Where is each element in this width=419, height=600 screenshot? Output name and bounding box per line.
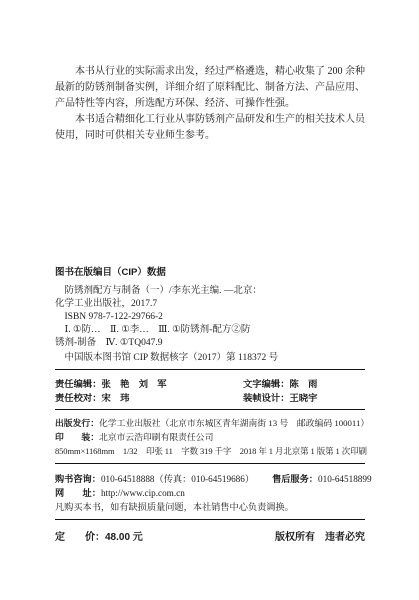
credit-label: 责任编辑： [55,379,102,389]
divider-rule [55,369,365,370]
credits-block: 责任编辑：张 艳 刘 军 文字编辑：陈 雨 责任校对：宋 玮 装帧设计：王晓宇 [55,377,365,405]
website-url: http://www.cip.com.cn [101,488,185,498]
exchange-notice: 凡购买本书，如有缺损质量问题，本社销售中心负责调换。 [55,500,365,514]
cip-catalog-block: 防锈剂配方与制备（一）/李东光主编. —北京： 化学工业出版社，2017.7 I… [55,285,365,350]
website-line: 网 址：http://www.cip.com.cn [55,486,365,500]
copyright-page: 本书从行业的实际需求出发，经过严格遴选，精心收集了 200 余种最新的防锈剂制备… [0,0,419,600]
isbn-line: ISBN 978-7-122-29766-2 [55,311,365,324]
credits-row: 责任校对：宋 玮 装帧设计：王晓宇 [55,391,365,405]
printer-line: 印 装：北京市云浩印刷有限责任公司 [55,430,365,444]
website-label: 网 址： [55,488,101,498]
price: 定 价：48.00 元 [55,528,143,543]
credit-label: 装帧设计： [243,393,290,403]
purchase-line: 购书咨询：010-64518888（传真：010-64519686）售后服务：0… [55,472,365,486]
cip-classification-line-1: Ⅰ. ①防… Ⅱ. ①李… Ⅲ. ①防锈剂-配方②防 [55,324,365,337]
cip-heading: 图书在版编目（CIP）数据 [55,264,365,278]
contact-block: 购书咨询：010-64518888（传真：010-64519686）售后服务：0… [55,472,365,514]
price-value: 48.00 元 [105,532,143,543]
print-format-line: 850mm×1168mm 1/32 印张 11 字数 319 千字 2018 年… [55,444,365,458]
cip-title-line: 防锈剂配方与制备（一）/李东光主编. —北京： [55,285,365,298]
copyright-notice: 版权所有 违者必究 [275,528,365,543]
credit-label: 文字编辑： [243,379,290,389]
divider-rule [55,409,365,410]
divider-rule [55,463,365,464]
publisher-value: 化学工业出版社（北京市东城区青年湖南街 13 号 邮政编码 100011） [99,418,369,428]
responsible-editor: 责任编辑：张 艳 刘 军 [55,377,243,391]
designer: 装帧设计：王晓宇 [243,391,365,405]
abstract-paragraph: 本书从行业的实际需求出发，经过严格遴选，精心收集了 200 余种最新的防锈剂制备… [55,64,365,112]
divider-rule [55,519,365,520]
audience-paragraph: 本书适合精细化工行业从事防锈剂产品研发和生产的相关技术人员使用，同时可供相关专业… [55,112,365,144]
publisher-label: 出版发行： [55,418,99,428]
printer-label: 印 装： [55,432,99,442]
publisher-line: 出版发行：化学工业出版社（北京市东城区青年湖南街 13 号 邮政编码 10001… [55,416,365,430]
credit-label: 责任校对： [55,393,102,403]
printer-value: 北京市云浩印刷有限责任公司 [99,432,213,442]
footer-row: 定 价：48.00 元 版权所有 违者必究 [55,528,365,543]
credit-value: 张 艳 刘 军 [102,379,167,389]
purchase-label: 购书咨询： [55,474,101,484]
service-phone: 010-64518899 [318,474,372,484]
credit-value: 宋 玮 [102,393,130,403]
credit-value: 王晓宇 [290,393,318,403]
book-abstract: 本书从行业的实际需求出发，经过严格遴选，精心收集了 200 余种最新的防锈剂制备… [55,64,365,144]
service-label: 售后服务： [272,474,318,484]
price-label: 定 价： [55,532,105,543]
credit-value: 陈 雨 [290,379,318,389]
text-editor: 文字编辑：陈 雨 [243,377,365,391]
proofreader: 责任校对：宋 玮 [55,391,243,405]
credits-row: 责任编辑：张 艳 刘 军 文字编辑：陈 雨 [55,377,365,391]
purchase-phone: 010-64518888（传真：010-64519686） [101,474,254,484]
publishing-block: 出版发行：化学工业出版社（北京市东城区青年湖南街 13 号 邮政编码 10001… [55,416,365,458]
cip-record-number: 中国版本图书馆 CIP 数据核字（2017）第 118372 号 [55,349,375,363]
cip-publisher-line: 化学工业出版社，2017.7 [55,298,365,311]
